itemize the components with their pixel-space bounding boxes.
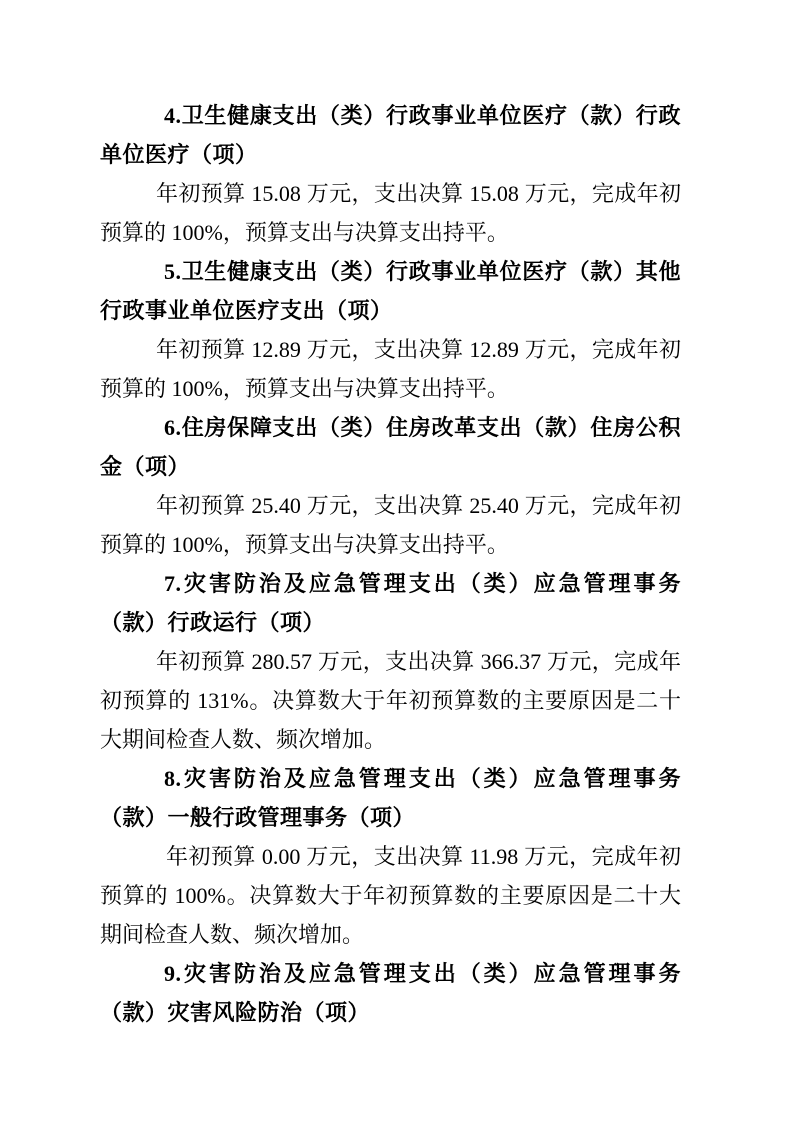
section-7: 7.灾害防治及应急管理支出（类）应急管理事务（款）行政运行（项） 年初预算 28… bbox=[100, 564, 681, 759]
section-heading: 6.住房保障支出（类）住房改革支出（款）住房公积金（项） bbox=[100, 408, 681, 486]
section-8: 8.灾害防治及应急管理支出（类）应急管理事务（款）一般行政管理事务（项） 年初预… bbox=[100, 759, 681, 954]
section-heading: 8.灾害防治及应急管理支出（类）应急管理事务（款）一般行政管理事务（项） bbox=[100, 759, 681, 837]
section-6: 6.住房保障支出（类）住房改革支出（款）住房公积金（项） 年初预算 25.40 … bbox=[100, 408, 681, 564]
section-4: 4.卫生健康支出（类）行政事业单位医疗（款）行政单位医疗（项） 年初预算 15.… bbox=[100, 96, 681, 252]
section-body: 年初预算 25.40 万元，支出决算 25.40 万元，完成年初预算的 100%… bbox=[100, 486, 681, 564]
section-5: 5.卫生健康支出（类）行政事业单位医疗（款）其他行政事业单位医疗支出（项） 年初… bbox=[100, 252, 681, 408]
document-page: 4.卫生健康支出（类）行政事业单位医疗（款）行政单位医疗（项） 年初预算 15.… bbox=[0, 0, 793, 1122]
section-heading: 4.卫生健康支出（类）行政事业单位医疗（款）行政单位医疗（项） bbox=[100, 96, 681, 174]
section-heading: 5.卫生健康支出（类）行政事业单位医疗（款）其他行政事业单位医疗支出（项） bbox=[100, 252, 681, 330]
section-heading: 7.灾害防治及应急管理支出（类）应急管理事务（款）行政运行（项） bbox=[100, 564, 681, 642]
section-body: 年初预算 280.57 万元，支出决算 366.37 万元，完成年初预算的 13… bbox=[100, 642, 681, 759]
section-heading: 9.灾害防治及应急管理支出（类）应急管理事务（款）灾害风险防治（项） bbox=[100, 954, 681, 1032]
section-9: 9.灾害防治及应急管理支出（类）应急管理事务（款）灾害风险防治（项） bbox=[100, 954, 681, 1032]
section-body: 年初预算 15.08 万元，支出决算 15.08 万元，完成年初预算的 100%… bbox=[100, 174, 681, 252]
section-body: 年初预算 12.89 万元，支出决算 12.89 万元，完成年初预算的 100%… bbox=[100, 330, 681, 408]
section-body: 年初预算 0.00 万元，支出决算 11.98 万元，完成年初预算的 100%。… bbox=[100, 837, 681, 954]
